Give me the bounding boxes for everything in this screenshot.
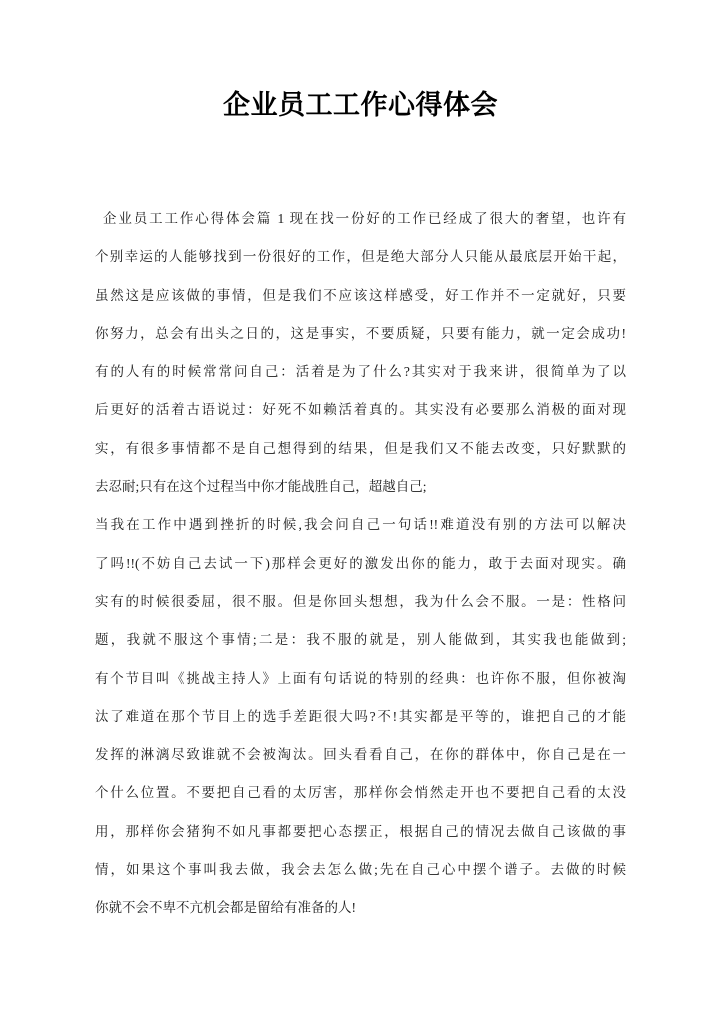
paragraph: 当我在工作中遇到挫折的时候,我会问自己一句话!!难道没有别的方法可以解决了吗!!…: [95, 506, 626, 927]
text-line: 有个节目叫《挑战主持人》上面有句话说的特别的经典：也许你不服，但你被淘: [95, 660, 626, 698]
text-line: 题，我就不服这个事情;二是：我不服的就是，别人能做到，其实我也能做到;: [95, 621, 626, 659]
text-line: 发挥的淋漓尽致谁就不会被淘汰。回头看看自己，在你的群体中，你自己是在一: [95, 736, 626, 774]
text-line: 你努力，总会有出头之日的，这是事实，不要质疑，只要有能力，就一定会成功!: [95, 315, 626, 353]
text-line: 去忍耐;只有在这个过程当中你才能战胜自己，超越自己;: [95, 468, 626, 506]
text-line: 了吗!!(不妨自己去试一下)那样会更好的激发出你的能力，敢于去面对现实。确: [95, 545, 626, 583]
text-line: 你就不会不卑不亢机会都是留给有准备的人!: [95, 889, 626, 927]
text-line: 实有的时候很委屈，很不服。但是你回头想想，我为什么会不服。一是：性格问: [95, 583, 626, 621]
text-line: 企业员工工作心得体会篇 1 现在找一份好的工作已经成了很大的奢望，也许有: [95, 200, 626, 238]
document-title: 企业员工工作心得体会: [95, 87, 626, 123]
document-page: 企业员工工作心得体会 企业员工工作心得体会篇 1 现在找一份好的工作已经成了很大…: [0, 0, 721, 1020]
text-line: 个别幸运的人能够找到一份很好的工作，但是绝大部分人只能从最底层开始干起，: [95, 238, 626, 276]
text-line: 汰了难道在那个节目上的选手差距很大吗?不!其实都是平等的，谁把自己的才能: [95, 698, 626, 736]
text-line: 情，如果这个事叫我去做，我会去怎么做;先在自己心中摆个谱子。去做的时候: [95, 851, 626, 889]
paragraph: 企业员工工作心得体会篇 1 现在找一份好的工作已经成了很大的奢望，也许有个别幸运…: [95, 200, 626, 506]
text-line: 后更好的活着古语说过：好死不如赖活着真的。其实没有必要那么消极的面对现: [95, 391, 626, 429]
text-line: 有的人有的时候常常问自己：活着是为了什么?其实对于我来讲，很简单为了以: [95, 353, 626, 391]
document-body: 企业员工工作心得体会篇 1 现在找一份好的工作已经成了很大的奢望，也许有个别幸运…: [95, 200, 626, 928]
text-line: 实，有很多事情都不是自己想得到的结果，但是我们又不能去改变，只好默默的: [95, 430, 626, 468]
text-line: 当我在工作中遇到挫折的时候,我会问自己一句话!!难道没有别的方法可以解决: [95, 506, 626, 544]
text-line: 用，那样你会猪狗不如凡事都要把心态摆正，根据自己的情况去做自己该做的事: [95, 813, 626, 851]
text-line: 虽然这是应该做的事情，但是我们不应该这样感受，好工作并不一定就好，只要: [95, 277, 626, 315]
text-line: 个什么位置。不要把自己看的太厉害，那样你会悄然走开也不要把自己看的太没: [95, 774, 626, 812]
